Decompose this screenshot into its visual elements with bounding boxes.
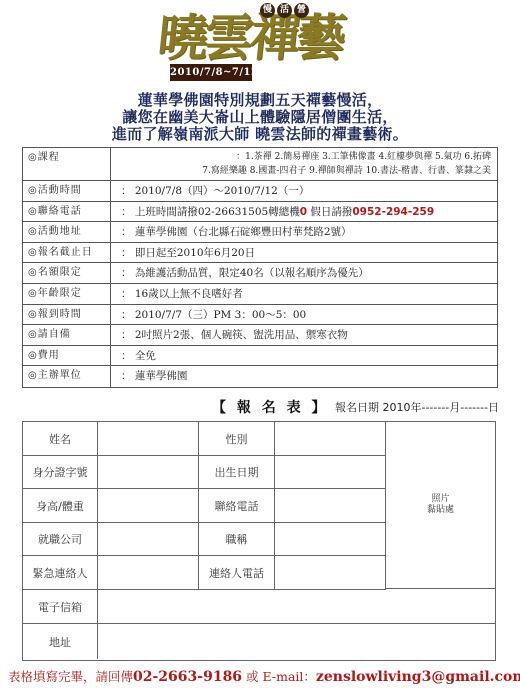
footer-contact: 表格填寫完畢，請回傳02-2663-9186 或 E-mail：zenslowl…	[8, 667, 520, 687]
id-number-field[interactable]	[98, 456, 199, 489]
label-emergency-contact: 緊急連絡人	[23, 556, 98, 590]
info-row-phone: ◎聯絡電話 ： 上班時間請撥02-26631505轉總機0 假日請撥0952-2…	[23, 202, 497, 223]
intro-text: 蓮華學佛園特別規劃五天禪藝慢活， 讓您在幽美大崙山上體驗隱居僧團生活， 進而了解…	[0, 92, 520, 143]
registration-form: 姓名 性別 身分證字號 出生日期 身高/體重 聯絡電話 就職公司 職稱 緊急連絡…	[22, 421, 496, 661]
label-phone: 聯絡電話	[199, 489, 275, 523]
info-label: ◎課程	[23, 148, 111, 180]
emergency-contact-field[interactable]	[98, 556, 199, 590]
registration-header: 【 報 名 表 】 報名日期 2010年-------月-------日	[0, 397, 520, 415]
job-title-field[interactable]	[275, 523, 386, 556]
info-row-quota: ◎名額限定 ： 為維護活動品質，限定40名（以報名順序為優先）	[23, 263, 497, 284]
logo-badges: 慢 活 營	[260, 3, 309, 18]
info-row-time: ◎活動時間 ： 2010/7/8（四）～2010/7/12（一）	[23, 181, 497, 202]
info-value: ： 上班時間請撥02-26631505轉總機0 假日請撥0952-294-259	[111, 202, 497, 222]
info-row-course: ◎課程 ：1.茶禪 2.簡易禪座 3.工筆佛像畫 4.紅樓夢與禪 5.氣功 6.…	[23, 148, 497, 181]
contact-phone-field[interactable]	[275, 556, 386, 590]
label-email: 電子信箱	[23, 590, 98, 624]
info-label: ◎報名截止日	[23, 243, 111, 263]
info-value: ： 2010/7/8（四）～2010/7/12（一）	[111, 181, 497, 201]
label-company: 就職公司	[23, 523, 98, 556]
info-value: ： 即日起至2010年6月20日	[111, 243, 497, 263]
info-label: ◎主辦單位	[23, 366, 111, 387]
info-value: ： 全免	[111, 346, 497, 366]
intro-line: 蓮華學佛園特別規劃五天禪藝慢活，	[0, 92, 520, 109]
info-label: ◎活動時間	[23, 181, 111, 201]
intro-line: 進而了解嶺南派大師 曉雲法師的禪畫藝術。	[0, 126, 520, 143]
info-label: ◎請自備	[23, 325, 111, 345]
event-logo: 曉雲禪藝 慢 活 營 2010/7/8~7/12	[158, 0, 368, 86]
info-label: ◎活動地址	[23, 222, 111, 242]
photo-area: 照片 黏貼處	[386, 422, 495, 589]
height-weight-field[interactable]	[98, 489, 199, 523]
registration-title: 【 報 名 表 】	[212, 397, 329, 417]
logo-badge: 慢	[260, 3, 275, 18]
email-field[interactable]	[98, 590, 495, 624]
phone-holiday-label: 假日請撥	[307, 206, 352, 218]
phone-holiday: 0952-294-259	[352, 206, 434, 218]
info-label: ◎報到時間	[23, 305, 111, 325]
course-line: 7.寫經樂趣 8.國畫-四君子 9.禪師與禪詩 10.書法-楷書、行書、篆隸之美	[111, 164, 491, 178]
intro-line: 讓您在幽美大崙山上體驗隱居僧團生活，	[0, 109, 520, 126]
info-value: ： 蓮華學佛園	[111, 366, 497, 387]
label-height-weight: 身高/體重	[23, 489, 98, 523]
label-gender: 性別	[199, 422, 275, 456]
info-label: ◎年齡限定	[23, 284, 111, 304]
logo-badge: 營	[294, 3, 309, 18]
info-row-age: ◎年齡限定 ： 16歲以上無不良嗜好者	[23, 284, 497, 305]
info-label: ◎聯絡電話	[23, 202, 111, 222]
info-row-deadline: ◎報名截止日 ： 即日起至2010年6月20日	[23, 243, 497, 264]
label-id-number: 身分證字號	[23, 456, 98, 489]
info-value: ： 蓮華學佛園（台北縣石碇鄉豐田村華梵路2號）	[111, 222, 497, 242]
photo-label: 黏貼處	[427, 505, 454, 516]
course-list: ：1.茶禪 2.簡易禪座 3.工筆佛像畫 4.紅樓夢與禪 5.氣功 6.拓碑 7…	[111, 148, 497, 180]
info-label: ◎費用	[23, 346, 111, 366]
phone-field[interactable]	[275, 489, 386, 523]
label-name: 姓名	[23, 422, 98, 456]
info-value: ： 2吋照片2張、個人碗筷、盥洗用品、禦寒衣物	[111, 325, 497, 345]
fax-number: 02-2663-9186	[133, 669, 242, 685]
label-job-title: 職稱	[199, 523, 275, 556]
gender-field[interactable]	[275, 422, 386, 456]
company-field[interactable]	[98, 523, 199, 556]
registration-date: 報名日期 2010年-------月-------日	[335, 399, 499, 415]
info-row-organizer: ◎主辦單位 ： 蓮華學佛園	[23, 366, 497, 387]
phone-office: ： 上班時間請撥02-26631505轉總機	[121, 206, 300, 218]
birth-date-field[interactable]	[275, 456, 386, 489]
label-address: 地址	[23, 624, 98, 659]
info-row-bring: ◎請自備 ： 2吋照片2張、個人碗筷、盥洗用品、禦寒衣物	[23, 325, 497, 346]
event-info-table: ◎課程 ：1.茶禪 2.簡易禪座 3.工筆佛像畫 4.紅樓夢與禪 5.氣功 6.…	[22, 147, 498, 388]
label-birth-date: 出生日期	[199, 456, 275, 489]
footer-text: 表格填寫完畢，請回傳	[8, 669, 133, 684]
course-line: ：1.茶禪 2.簡易禪座 3.工筆佛像畫 4.紅樓夢與禪 5.氣功 6.拓碑	[111, 150, 491, 164]
info-value: ： 為維護活動品質，限定40名（以報名順序為優先）	[111, 263, 497, 283]
info-value: ： 2010/7/7（三）PM 3：00～5：00	[111, 305, 497, 325]
info-label: ◎名額限定	[23, 263, 111, 283]
info-row-fee: ◎費用 ： 全免	[23, 346, 497, 367]
email-link[interactable]: zenslowliving3@gmail.com	[316, 669, 520, 685]
info-row-checkin: ◎報到時間 ： 2010/7/7（三）PM 3：00～5：00	[23, 305, 497, 326]
info-row-address: ◎活動地址 ： 蓮華學佛園（台北縣石碇鄉豐田村華梵路2號）	[23, 222, 497, 243]
logo-date-range: 2010/7/8~7/12	[170, 64, 252, 81]
footer-text: 或 E-mail：	[242, 669, 316, 684]
address-field[interactable]	[98, 624, 495, 659]
phone-ext: 0	[300, 206, 307, 218]
photo-label: 照片	[431, 494, 449, 505]
name-field[interactable]	[98, 422, 199, 456]
info-value: ： 16歲以上無不良嗜好者	[111, 284, 497, 304]
logo-badge: 活	[277, 3, 292, 18]
label-contact-phone: 連絡人電話	[199, 556, 275, 590]
